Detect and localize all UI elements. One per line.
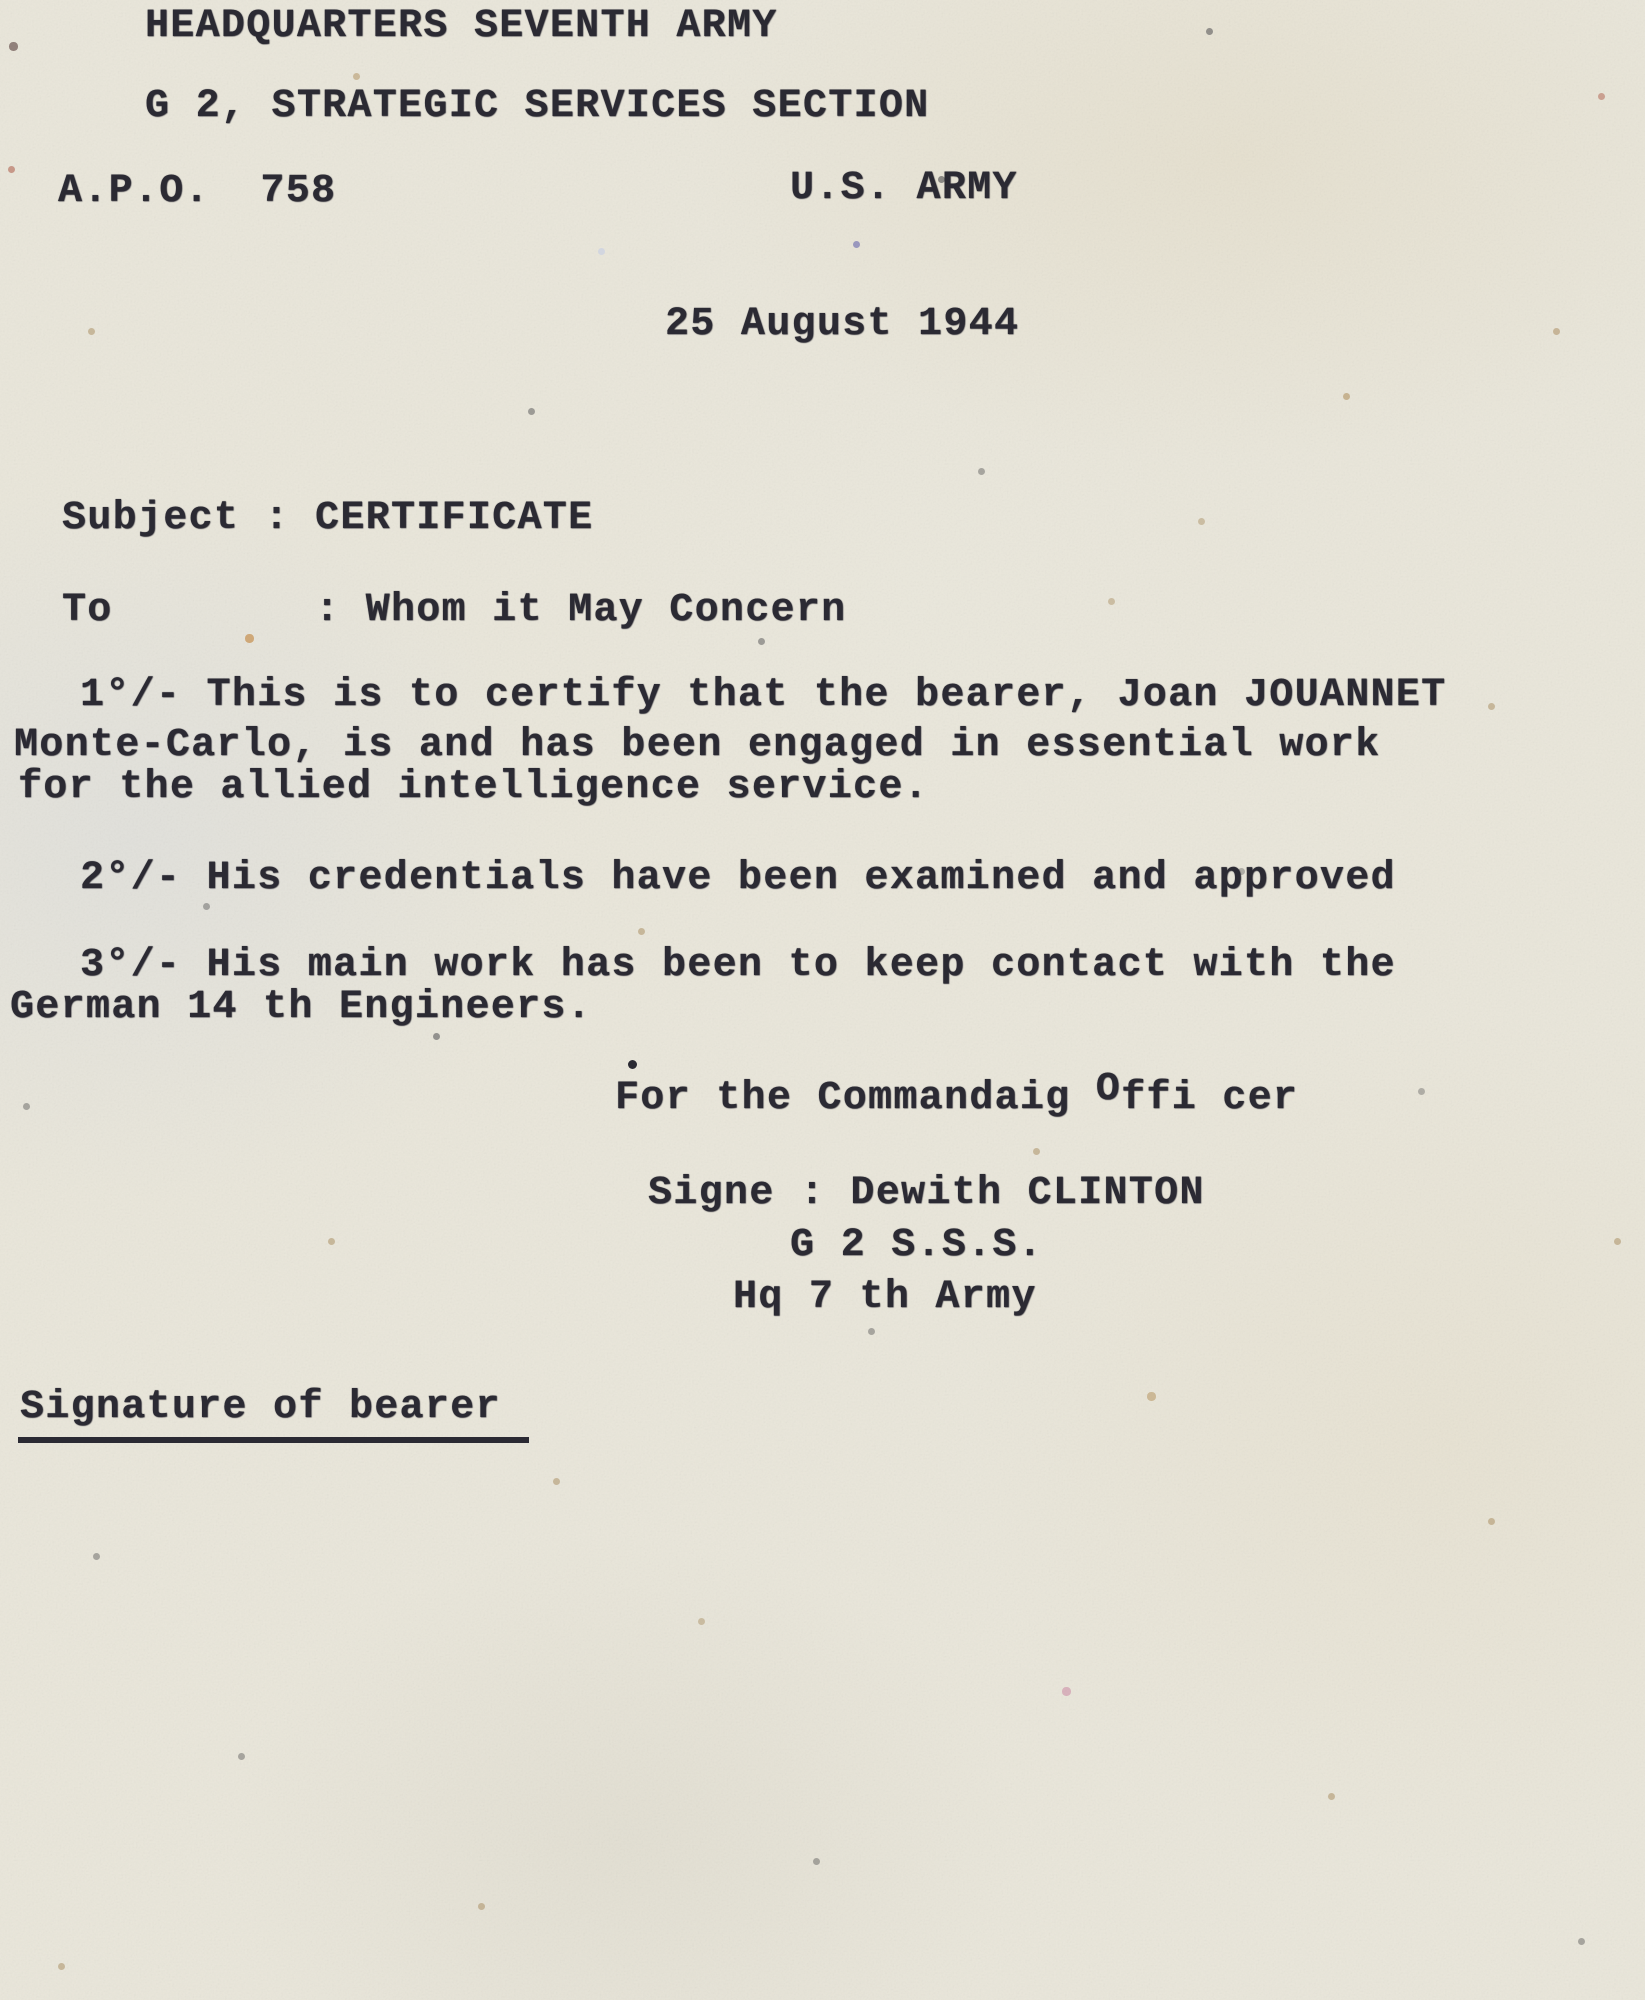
paragraph3-line1: 3°/- His main work has been to keep cont…: [80, 944, 1396, 988]
paragraph1-line1: 1°/- This is to certify that the bearer,…: [80, 674, 1446, 718]
subject-line: Subject : CERTIFICATE: [62, 497, 593, 541]
header-section: G 2, STRATEGIC SERVICES SECTION: [145, 85, 929, 129]
header-army: U.S. ARMY: [790, 167, 1018, 211]
closing-for-line: For the Commandaig Offi cer: [615, 1077, 1298, 1121]
header-headquarters: HEADQUARTERS SEVENTH ARMY: [145, 5, 778, 49]
signature-of-bearer-label: Signature of bearer: [18, 1386, 529, 1443]
paper-specks: [0, 0, 3, 3]
typewritten-certificate-document: HEADQUARTERS SEVENTH ARMY G 2, STRATEGIC…: [0, 0, 1645, 2000]
closing-raised-letter: O: [1096, 1067, 1121, 1112]
to-line: To : Whom it May Concern: [62, 589, 846, 633]
date-line: 25 August 1944: [665, 303, 1019, 347]
paragraph3-line2: German 14 th Engineers.: [10, 986, 592, 1030]
stray-ink-dot: [628, 1060, 637, 1069]
paragraph2-line1: 2°/- His credentials have been examined …: [80, 857, 1396, 901]
paragraph1-line2: Monte-Carlo, is and has been engaged in …: [14, 724, 1380, 768]
closing-for-pre: For the Commandaig: [615, 1076, 1096, 1121]
paragraph1-line3: for the allied intelligence service.: [18, 766, 929, 810]
unit-line: G 2 S.S.S.: [790, 1224, 1043, 1268]
hq-army-line: Hq 7 th Army: [733, 1276, 1037, 1320]
closing-for-post: ffi cer: [1121, 1076, 1298, 1121]
header-apo: A.P.O. 758: [58, 170, 336, 214]
signed-line: Signe : Dewith CLINTON: [648, 1172, 1205, 1216]
